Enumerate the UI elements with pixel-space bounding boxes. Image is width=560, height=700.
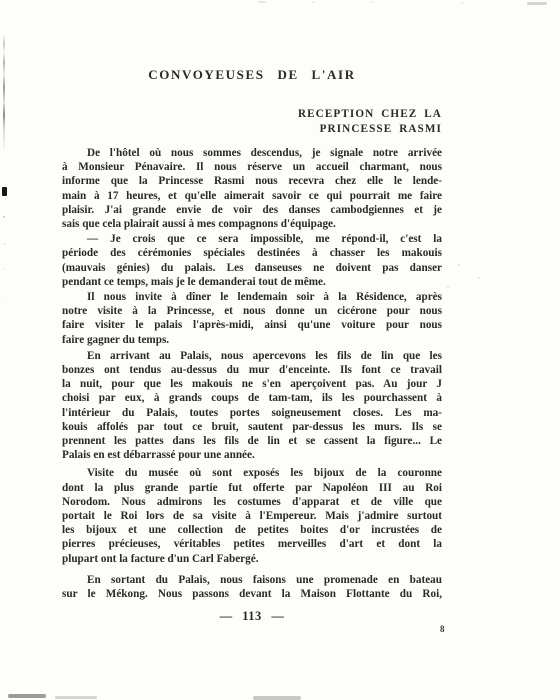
scan-speck [4, 243, 5, 245]
text-line: kouis affolés par tout ce bruit, sautent… [62, 420, 442, 434]
text-line: De l'hôtel où nous sommes descendus, je … [62, 146, 442, 160]
paragraph: En sortant du Palais, nous faisons une p… [62, 573, 442, 601]
paragraph: Il nous invite à dîner le lendemain soir… [62, 290, 442, 347]
signature-mark: 8 [440, 624, 445, 634]
book-page-scan: CONVOYEUSES DE L'AIR RECEPTION CHEZ LA P… [0, 0, 560, 700]
scan-smudge-bottom-left [8, 694, 46, 698]
scan-speck [447, 286, 449, 288]
text-line: main à 17 heures, et qu'elle aimerait sa… [62, 189, 442, 203]
text-line: bonzes ont tendus au-dessus du mur d'enc… [62, 363, 442, 377]
text-line: En sortant du Palais, nous faisons une p… [62, 573, 442, 587]
text-line: Visite du musée où sont exposés les bijo… [62, 466, 442, 480]
section-heading-line-2: PRINCESSE RASMI [62, 122, 442, 137]
text-line: Palais en est débarrassé pour une année. [62, 448, 442, 462]
paragraph: De l'hôtel où nous sommes descendus, je … [62, 146, 442, 231]
text-line: Norodom. Nous admirons les costumes d'ap… [62, 495, 442, 509]
scan-speck [478, 277, 480, 279]
text-line: la nuit, pour que les makouis ne s'en ap… [62, 377, 442, 391]
scan-speck [3, 268, 4, 270]
text-line: faire visiter le palais l'après-midi, ai… [62, 318, 442, 332]
text-line: choisi par eux, à grands coups de tam-ta… [62, 391, 442, 405]
scan-speck [312, 1, 315, 3]
scan-speck [3, 216, 5, 218]
text-line: plupart ont la facture d'un Carl Fabergé… [62, 552, 442, 566]
text-line: prennent les pattes dans les fils de lin… [62, 434, 442, 448]
scan-speck [458, 264, 460, 266]
paragraph: En arrivant au Palais, nous apercevons l… [62, 349, 442, 463]
scan-speck [371, 1, 374, 3]
text-line: (mauvais génies) du palais. Les danseuse… [62, 261, 442, 275]
text-line: les bijoux et une collection de petites … [62, 523, 442, 537]
text-line: pendant ce temps, mais je le demanderai … [62, 275, 442, 289]
text-line: période des cérémonies spéciales destiné… [62, 246, 442, 260]
text-line: plaisir. J'ai grande envie de voir des d… [62, 203, 442, 217]
text-line: sais que cela plairait aussi à mes compa… [62, 217, 442, 231]
scan-smudge-top-right [527, 2, 547, 5]
scan-smudge-bottom-center [253, 696, 301, 700]
text-line: Il nous invite à dîner le lendemain soir… [62, 290, 442, 304]
section-heading-line-1: RECEPTION CHEZ LA [62, 107, 442, 122]
paragraphs: De l'hôtel où nous sommes descendus, je … [62, 146, 442, 601]
page-number: — 113 — [62, 609, 442, 624]
text-block: CONVOYEUSES DE L'AIR RECEPTION CHEZ LA P… [62, 68, 442, 601]
section-heading: RECEPTION CHEZ LA PRINCESSE RASMI [62, 107, 442, 137]
paragraph: Visite du musée où sont exposés les bijo… [62, 466, 442, 565]
text-line: sur le Mékong. Nous passons devant la Ma… [62, 587, 442, 601]
scan-speck [4, 301, 5, 302]
text-line: En arrivant au Palais, nous apercevons l… [62, 349, 442, 363]
text-line: pierres précieuses, véritables petites m… [62, 537, 442, 551]
text-line: portait le Roi lors de sa visite à l'Emp… [62, 509, 442, 523]
running-title: CONVOYEUSES DE L'AIR [62, 68, 442, 82]
text-line: informe que la Princesse Rasmi nous rece… [62, 174, 442, 188]
scan-artifact-left-strip [3, 34, 5, 152]
scan-smudge-bottom [55, 696, 97, 699]
text-line: faire gagner du temps. [62, 333, 442, 347]
text-line: — Je crois que ce sera impossible, me ré… [62, 232, 442, 246]
text-line: dont la plus grande partie fut offerte p… [62, 481, 442, 495]
text-line: à Monsieur Pénavaire. Il nous réserve un… [62, 160, 442, 174]
text-line: l'intérieur du Palais, toutes portes soi… [62, 406, 442, 420]
paragraph: — Je crois que ce sera impossible, me ré… [62, 232, 442, 289]
scan-speck [258, 1, 266, 3]
text-line: notre visite à la Princesse, et nous don… [62, 304, 442, 318]
scan-speck [461, 2, 464, 4]
scan-artifact-black-mark [2, 187, 7, 196]
